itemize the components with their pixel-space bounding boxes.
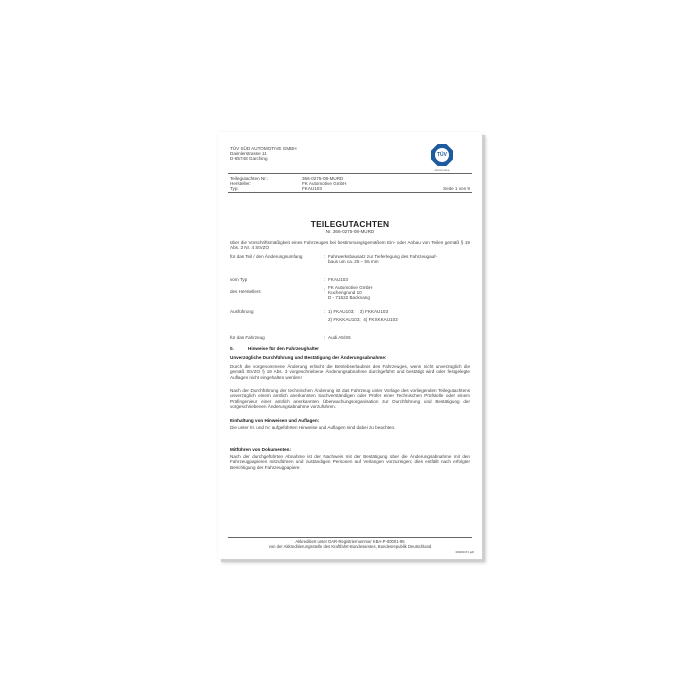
section-title: Hinweise für den Fahrzeughalter [248,346,319,351]
field-value-ausfuehrung-1: 1) FKAU103; 3) FKKAU103 [328,309,388,314]
logo-caption: Automotive [427,168,457,172]
subsection-heading-abnahme: Unverzügliche Durchführung und Bestätigu… [230,355,386,360]
field-colon: : [324,287,325,292]
header-label-typ: Typ: [230,186,239,191]
field-value-aenderungsumfang-2: baus um ca. 25 – 55 mm [328,259,379,264]
intro-text: über die Vorschriftsmäßigkeit eines Fahr… [230,240,470,251]
page-indicator: Seite 1 von 9 [443,186,470,191]
field-colon: : [324,254,325,259]
field-value-ausfuehrung-2: 2) FKKKAU103; 4) FKXKKAU103 [328,317,398,322]
paragraph-dokumente: Nach der durchgeführten Abnahme ist der … [230,454,470,470]
file-reference: 00009471.pdf [456,550,474,554]
header-rule-top [228,173,472,174]
field-colon: : [324,335,325,340]
footer-rule [228,537,472,538]
paragraph-auflagen: Die unter III. und IV. aufgeführten Hinw… [230,425,470,430]
header-rule-bottom [228,192,472,193]
document-title: TEILEGUTACHTEN [218,220,482,229]
field-colon: : [324,309,325,314]
issuer-city: D-85748 Garching [230,156,268,161]
field-label-typ: vom Typ [230,277,247,282]
logo-text: TÜV [435,148,449,162]
subsection-heading-dokumente: Mitführen von Dokumenten: [230,447,291,452]
field-value-fahrzeug: Audi A5/S5 [328,335,351,340]
document-number: Nr. 366-0275-08-MURD [218,229,482,234]
paragraph-abnahme-2: Nach der Durchführung der technischen Än… [230,388,470,410]
header-value-typ: FKAU103 [302,186,322,191]
field-value-hersteller-3: D - 71522 Backnang [328,295,370,300]
paragraph-abnahme-1: Durch die vorgenommene Änderung erlischt… [230,364,470,380]
subsection-heading-auflagen: Einhaltung von Hinweisen und Auflagen: [230,418,319,423]
field-label-aenderungsumfang: für das Teil / den Änderungsumfang [230,254,302,259]
field-colon: : [324,277,325,282]
field-label-ausfuehrung: Ausführung [230,309,254,314]
field-label-hersteller: des Herstellers [230,289,261,294]
document-page: TÜV SÜD AUTOMOTIVE GMBH Daimlerstrasse 1… [218,132,482,559]
tuv-logo-icon: TÜV [431,144,453,166]
field-label-fahrzeug: für das Fahrzeug [230,335,265,340]
footer-line-2: von der Akkreditierungsstelle des Kraftf… [218,544,482,549]
section-number: 0. [230,346,234,351]
field-value-typ: FKAU103 [328,277,348,282]
